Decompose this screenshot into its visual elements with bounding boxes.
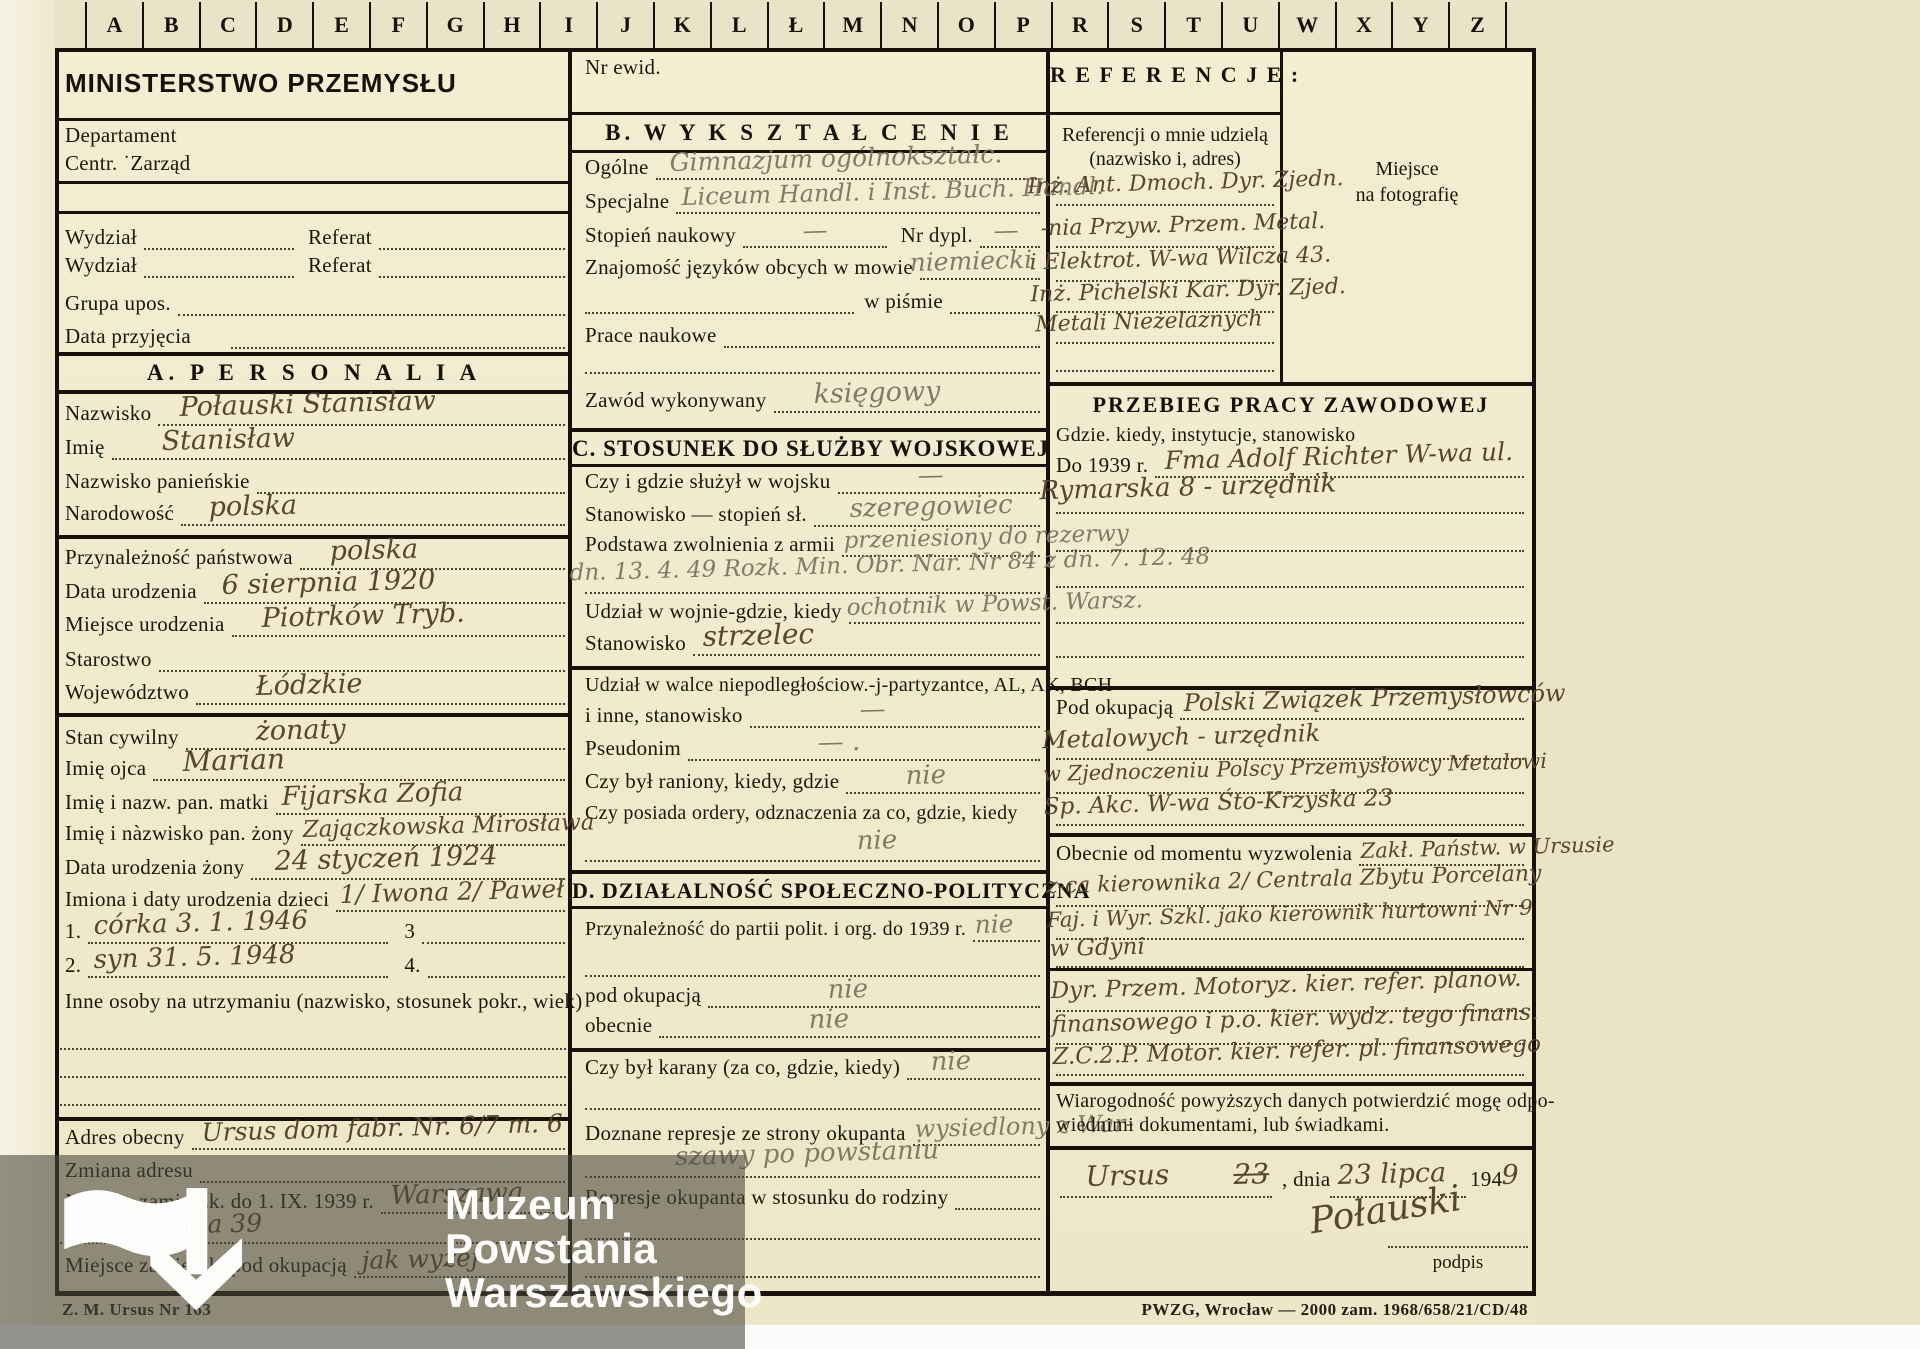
dotted-line: nie [708,980,1040,1008]
museum-watermark-text: Muzeum Powstania Warszawskiego [445,1183,763,1315]
dotted-line [60,1104,566,1106]
field-stanowisko: Stanowisko strzelec [585,628,1040,656]
tab-letter: Y [1393,2,1450,48]
tab-letter: N [882,2,939,48]
field-label: Stan cywilny [65,724,179,750]
dotted-line [585,1108,1040,1110]
field-label: Imię ojca [65,755,146,781]
field-label: Adres obecny [65,1124,185,1150]
field-label: Nazwisko [65,400,151,426]
field-label: Znajomość języków obcych w mowie [585,254,913,280]
field-raniony: Czy był raniony, kiedy, gdzie nie [585,766,1040,794]
dotted-line [585,372,1040,374]
field-data-urodzenia: Data urodzenia 6 sierpnia 1920 [65,576,565,604]
field-specjalne: Specjalne Liceum Handl. i Inst. Buch. Ha… [585,186,1040,214]
rule [1050,112,1280,115]
rule [59,181,568,184]
watermark-line: Powstania [445,1227,763,1271]
field-imie: Imię Stanisław [65,432,565,460]
field-label: obecnie [585,1012,652,1038]
dotted-line [144,250,294,278]
field-label: pod okupacją [585,982,701,1008]
dotted-line: — [750,700,1040,728]
field-label: Obecnie od momentu wyzwolenia [1056,840,1352,866]
handwritten-value: — [802,215,828,245]
field-child-2: 2. syn 31. 5. 1948 4. [65,950,565,978]
field-walka-label: Udział w walce niepodległościow.-j-party… [585,672,1040,698]
field-label: Wydział [65,224,137,250]
referencje-subtitle: Referencji o mnie udzielą [1050,124,1280,147]
handwritten-value: Marian [183,742,286,778]
handwritten-value: Piotrków Tryb. [261,598,465,634]
field-label: i inne, stanowisko [585,702,743,728]
field-nazwisko: Nazwisko Połauski Stanisław [65,398,565,426]
dotted-line: nie [907,1052,1040,1080]
dotted-line: ochotnik w Powst. Warsz. [849,596,1040,624]
rule [55,48,59,1296]
field-label: Pod okupacją [1056,694,1173,720]
field-zawod: Zawód wykonywany księgowy [585,385,1040,413]
field-label: Czy posiada ordery, odznaczenia za co, g… [585,800,1018,826]
referencje-title: R E F E R E N C J E : [1050,62,1280,88]
tab-letter: I [541,2,598,48]
field-label: Imię [65,434,105,460]
alphabet-tab-strip: A B C D E F G H I J K L Ł M N O P R S T … [85,2,1507,48]
rule [572,428,1046,432]
field-label: Zawód wykonywany [585,387,767,413]
photo-placeholder-label: na fotografię [1283,184,1531,207]
dotted-line: 1/ Iwona 2/ Paweł [336,884,565,912]
handwritten-value: 1/ Iwona 2/ Paweł [340,874,565,909]
field-stopien-naukowy: Stopień naukowy — Nr dypl. — [585,220,1040,248]
field-label: 1. [65,918,81,944]
field-label: Narodowość [65,500,174,526]
field-obecnie: obecnie nie [585,1010,1040,1038]
tab-letter: W [1280,2,1337,48]
field-label: Przynależność państwowa [65,544,293,570]
rule [1046,382,1536,386]
dotted-line [585,860,1040,862]
tab-letter: F [371,2,428,48]
section-d-title: D. DZIAŁALNOŚĆ SPOŁECZNO-POLITYCZNA [572,878,1046,904]
field-label: Stanowisko [585,630,686,656]
field-label: Data urodzenia żony [65,854,244,880]
dotted-line [1056,586,1524,588]
handwritten-value: nie [930,1046,971,1077]
tab-letter: M [825,2,882,48]
handwritten-value: — [993,215,1019,245]
field-prace-naukowe: Prace naukowe [585,320,1040,348]
field-jezyki-mowie: Znajomość języków obcych w mowie niemiec… [585,252,1040,280]
form-imprint-right: PWZG, Wrocław — 2000 zam. 1968/658/21/CD… [1141,1300,1528,1320]
dotted-line [60,1076,566,1078]
dotted-line: Stanisław [112,432,565,460]
field-label: Data przyjęcia [65,323,191,349]
dotted-line: Liceum Handl. i Inst. Buch. Handl. [676,186,1040,214]
dotted-line [585,286,854,314]
field-walka-stanowisko: i inne, stanowisko — [585,700,1040,728]
field-label: Czy był raniony, kiedy, gdzie [585,768,839,794]
tab-letter: J [598,2,655,48]
dotted-line [379,222,565,250]
field-wydzial-2: Wydział Referat [65,250,565,278]
field-label: Nr dypl. [901,222,973,248]
dotted-line: polska [181,498,565,526]
field-label: 3 [404,918,415,944]
dotted-line [1056,370,1274,372]
dotted-line [144,222,294,250]
field-miejsce-urodzenia: Miejsce urodzenia Piotrków Tryb. [65,609,565,637]
rule [59,118,568,121]
watermark-line: Warszawskiego [445,1271,763,1315]
dotted-line [955,1182,1040,1210]
field-karany: Czy był karany (za co, gdzie, kiedy) nie [585,1052,1040,1080]
przebieg-title: PRZEBIEG PRACY ZAWODOWEJ [1046,392,1536,418]
handwritten-value: Stanisław [161,423,295,457]
handwritten-value: córka 3. 1. 1946 [94,905,309,941]
field-label: Województwo [65,679,189,705]
dotted-line: strzelec [693,628,1040,656]
dotted-line: Ursus dom fabr. Nr. 6/7 m. 6 [192,1122,565,1150]
tab-letter: G [428,2,485,48]
field-label: Starostwo [65,646,152,672]
podpis-label: podpis [1388,1252,1528,1274]
field-grupa-upos: Grupa upos. [65,288,565,316]
static-text: 194 [1470,1166,1502,1192]
field-data-przyjecia: Data przyjęcia [65,321,565,349]
tab-letter: O [939,2,996,48]
museum-kotwica-logo-icon [52,1177,332,1327]
field-label: Wydział [65,252,137,278]
rule [59,352,568,356]
museum-watermark-overlay: Muzeum Powstania Warszawskiego [0,1155,745,1349]
watermark-line: Muzeum [445,1183,763,1227]
wiarogodnosc-line1: Wiarogodność powyższych danych potwierdz… [1056,1088,1524,1114]
tab-letter: U [1223,2,1280,48]
field-stopien-sl: Stanowisko — stopień sł. szeregowiec [585,499,1040,527]
rule [59,535,568,539]
field-label: Inne osoby na utrzymaniu (nazwisko, stos… [65,988,583,1014]
tab-letter: Z [1450,2,1505,48]
handwritten-value: Łódzkie [255,668,363,702]
rule [572,666,1046,670]
field-stan-cywilny: Stan cywilny żonaty [65,722,565,750]
field-centr-zarzad: Centr. ˙Zarząd [65,150,565,176]
photo-placeholder-label: Miejsce [1283,158,1531,181]
referencje-subtitle: (nazwisko i, adres) [1050,148,1280,171]
rule [1046,1146,1536,1150]
dotted-line: — [743,220,887,248]
static-text: Wiarogodność powyższych danych potwierdz… [1056,1088,1555,1114]
field-inne-osoby: Inne osoby na utrzymaniu (nazwisko, stos… [65,988,565,1014]
dotted-line: nie [659,1010,1040,1038]
field-nr-ewid: Nr ewid. [585,54,1040,80]
dotted-line: córka 3. 1. 1946 [88,916,388,944]
handwritten-value: nie [809,1004,850,1035]
wiarogodnosc-line2: wiednimi dokumentami, lub świadkami. [1056,1112,1524,1138]
handwritten-value: niemiecki [909,245,1032,277]
field-wydzial-1: Wydział Referat [65,222,565,250]
field-obecnie-praca: Obecnie od momentu wyzwolenia Zakł. Pańs… [1056,838,1524,866]
field-dzieci: Imiona i daty urodzenia dzieci 1/ Iwona … [65,884,565,912]
field-partia: Przynależność do partii polit. i org. do… [585,914,1040,942]
field-label: Pseudonim [585,735,681,761]
dotted-line: Polski Związek Przemysłowców [1180,692,1524,720]
handwritten-value: polska [329,534,418,567]
field-pod-okupacja: pod okupacją nie [585,980,1040,1008]
field-label: Stanowisko — stopień sł. [585,501,807,527]
field-label: Ogólne [585,154,649,180]
field-label: Podstawa zwolnienia z armii [585,531,835,557]
rule [1046,1082,1536,1086]
dotted-line [1056,656,1524,658]
dotted-line: Piotrków Tryb. [232,609,565,637]
handwritten-value: — . [817,727,860,758]
rule [55,48,1536,52]
field-nazwisko-panienskie: Nazwisko panieńskie [65,466,565,494]
field-label: Miejsce urodzenia [65,611,225,637]
rule [59,211,568,214]
field-label: Nazwisko panieńskie [65,468,250,494]
field-child-1: 1. córka 3. 1. 1946 3 [65,916,565,944]
static-text: , dnia [1282,1166,1330,1192]
tab-letter: D [257,2,314,48]
field-label: Specjalne [585,188,669,214]
tab-letter: Ł [769,2,826,48]
dotted-line: Łódzkie [196,677,565,705]
handwritten-value: — [917,460,944,491]
tab-letter: A [87,2,144,48]
dotted-line [178,288,565,316]
field-label: Referat [308,224,372,250]
handwritten-value: Połauski Stanisław [180,385,437,423]
dotted-line [60,1048,566,1050]
static-text: wiednimi dokumentami, lub świadkami. [1056,1112,1390,1138]
handwritten-value: 24 styczeń 1924 [275,840,499,877]
field-narodowosc: Narodowość polska [65,498,565,526]
field-starostwo: Starostwo [65,644,565,672]
field-pod-okupacja-praca: Pod okupacją Polski Związek Przemysłowcó… [1056,692,1524,720]
field-label: 4. [404,952,420,978]
tab-letter: K [655,2,712,48]
handwritten-value: strzelec [702,617,814,653]
field-label: Referat [308,252,372,278]
field-label: Imię i nàzwisko pan. żony [65,820,294,846]
scan-left-edge [0,0,55,1349]
dotted-line [585,975,1040,977]
handwritten-value: Fijarska Zofia [281,777,464,812]
rule [572,112,1046,115]
dotted-line: Marian [153,753,565,781]
handwritten-value: 6 sierpnia 1920 [221,564,436,601]
dotted-line [724,320,1040,348]
dotted-line: nie [846,766,1040,794]
field-label: Departament [65,122,177,148]
field-label: w piśmie [864,288,943,314]
field-departament: Departament [65,122,565,148]
field-ordery-label: Czy posiada ordery, odznaczenia za co, g… [585,800,1040,826]
field-pseudonim: Pseudonim — . [585,733,1040,761]
field-label: Udział w walce niepodległościow.-j-party… [585,672,1112,698]
dotted-line: Połauski Stanisław [158,398,565,426]
rule [572,906,1046,909]
dotted-line: — . [688,733,1040,761]
dotted-line: księgowy [774,385,1040,413]
dotted-line [428,950,565,978]
field-adres-obecny: Adres obecny Ursus dom fabr. Nr. 6/7 m. … [65,1122,565,1150]
field-label: 2. [65,952,81,978]
dotted-line [231,321,565,349]
field-label: Centr. ˙Zarząd [65,150,190,176]
field-przynaleznosc: Przynależność państwowa polska [65,542,565,570]
dotted-line [379,250,565,278]
dotted-line: nie [973,914,1040,942]
field-label: Grupa upos. [65,290,171,316]
field-label: Data urodzenia [65,578,197,604]
handwritten-value: — [859,694,886,725]
section-a-title: A. P E R S O N A L I A [60,360,568,386]
field-matka: Imię i nazw. pan. matki Fijarska Zofia [65,787,565,815]
field-wojewodztwo: Województwo Łódzkie [65,677,565,705]
tab-letter: S [1109,2,1166,48]
dotted-line [257,466,565,494]
field-imie-ojca: Imię ojca Marian [65,753,565,781]
tab-letter: P [996,2,1053,48]
field-label: Czy i gdzie służył w wojsku [585,468,831,494]
handwritten-value: nie [974,909,1014,939]
section-c-title: C. STOSUNEK DO SŁUŻBY WOJSKOWEJ [572,436,1046,462]
ministry-title: MINISTERSTWO PRZEMYSŁU [65,68,565,99]
tab-letter: L [712,2,769,48]
field-label: Przynależność do partii polit. i org. do… [585,916,966,942]
handwritten-value: szeregowiec [849,490,1013,524]
rule [572,870,1046,874]
field-label: Prace naukowe [585,322,717,348]
tab-letter: C [201,2,258,48]
dotted-line [950,286,1040,314]
dotted-line [1056,622,1524,624]
tab-letter: X [1337,2,1394,48]
dotted-line: syn 31. 5. 1948 [88,950,388,978]
tab-letter: E [314,2,371,48]
handwritten-value: nie [906,760,947,791]
scanned-form-page: A B C D E F G H I J K L Ł M N O P R S T … [0,0,1920,1349]
handwritten-value: polska [208,490,297,523]
handwritten-value: księgowy [813,376,941,410]
field-label: Czy był karany (za co, gdzie, kiedy) [585,1054,900,1080]
tab-letter: T [1166,2,1223,48]
tab-letter: H [485,2,542,48]
dotted-line: niemiecki [920,252,1040,280]
field-jezyki-pismie: w piśmie [585,286,1040,314]
tab-letter: R [1053,2,1110,48]
handwritten-value: nie [827,974,868,1005]
dotted-line [422,916,565,944]
field-label: Nr ewid. [585,54,661,80]
dotted-line [1388,1246,1528,1248]
handwritten-value: syn 31. 5. 1948 [94,940,297,975]
field-label: Imię i nazw. pan. matki [65,789,269,815]
field-label: Stopień naukowy [585,222,736,248]
tab-letter: B [144,2,201,48]
dotted-line [1056,550,1524,552]
